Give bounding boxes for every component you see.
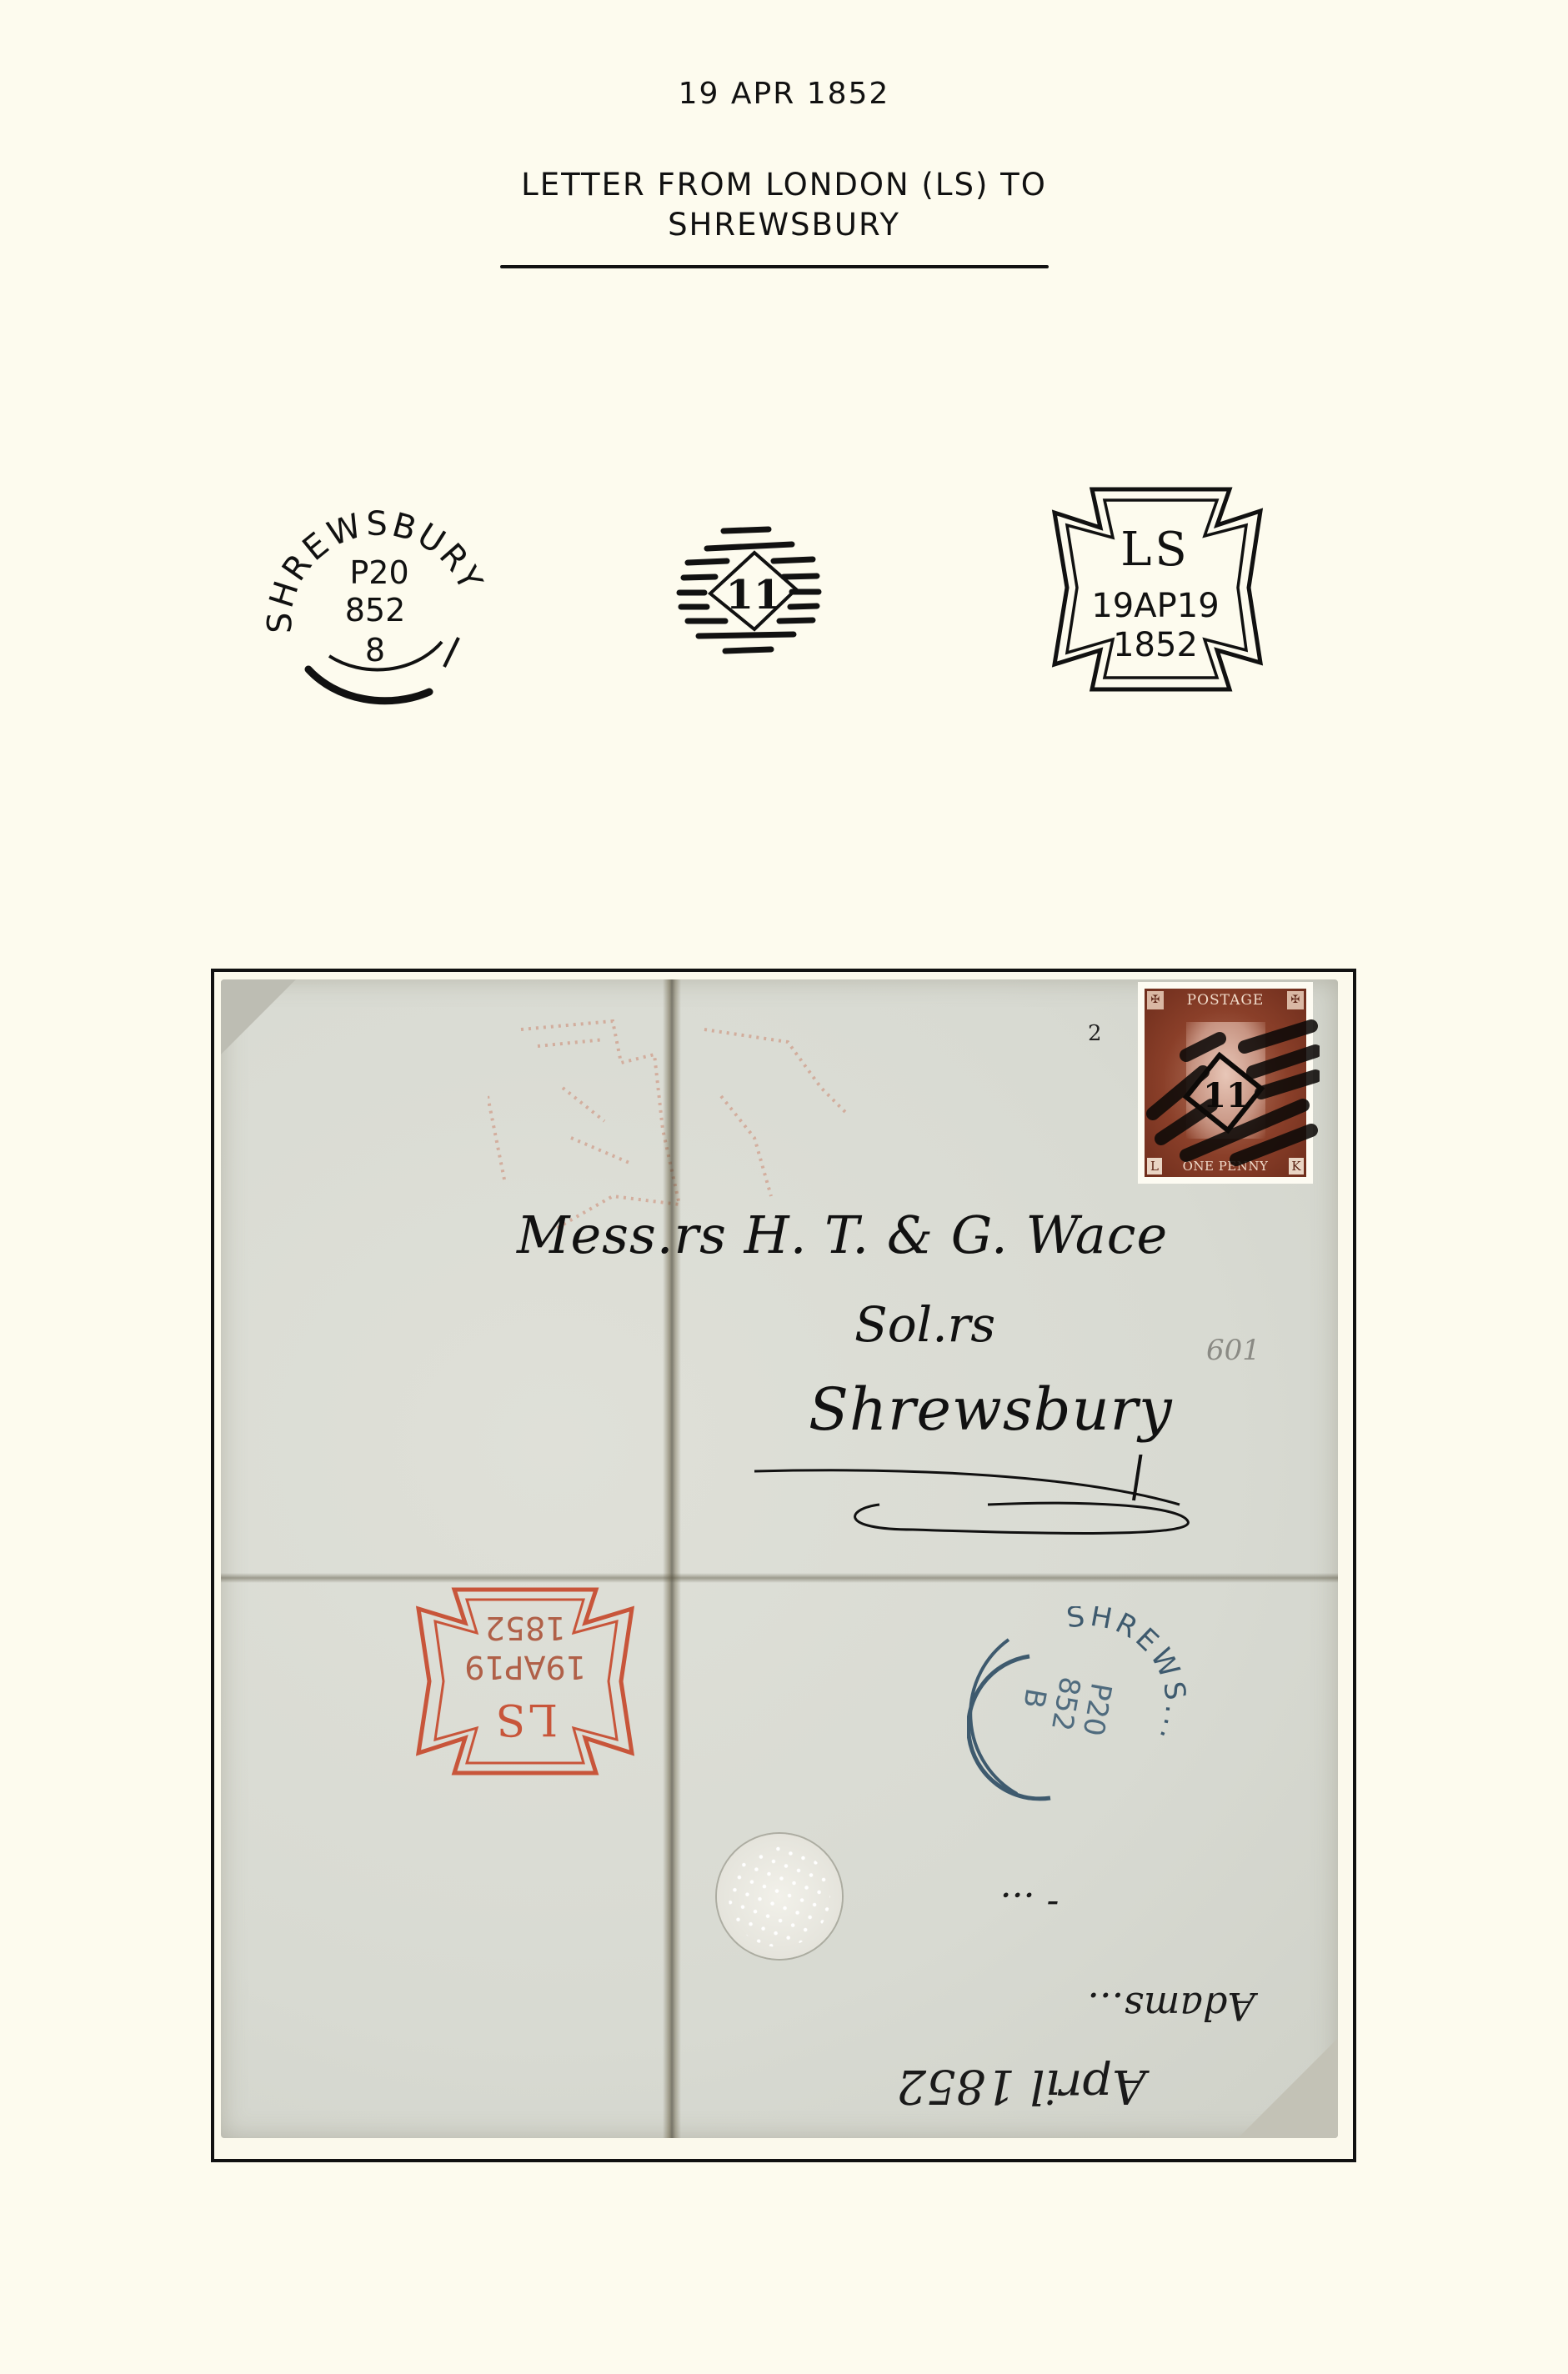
- entire-letter-cover: ✠ ✠ POSTAGE ONE PENNY L K 11: [221, 979, 1338, 2138]
- seal-embossed-pattern: [714, 1831, 844, 1961]
- cds-year-text: 852: [345, 592, 406, 629]
- svg-text:11: 11: [1203, 1076, 1250, 1115]
- svg-text:19AP19: 19AP19: [464, 1649, 586, 1685]
- cds-date-text: P20: [349, 554, 408, 591]
- cover-folded-corner: [1238, 2038, 1338, 2138]
- cds-code-text: 8: [365, 632, 385, 669]
- svg-text:B: B: [1016, 1685, 1052, 1710]
- address-line-town: Shrewsbury: [809, 1375, 1173, 1444]
- numeral-11-cancel: 11: [1136, 1005, 1320, 1172]
- stamp-design: ✠ ✠ POSTAGE ONE PENNY L K 11: [1145, 989, 1306, 1177]
- exhibit-date: 19 APR 1852: [0, 77, 1568, 111]
- cross-office-text: LS: [1120, 523, 1190, 577]
- docket-date: April 1852: [846, 2059, 1196, 2113]
- shrewsbury-cds-illustration: SHREWSBURY P20 852 8: [254, 479, 504, 704]
- numeral-11-obliterator-illustration: 11: [659, 513, 834, 663]
- svg-text:1852: 1852: [485, 1610, 566, 1646]
- maltese-cross-ls-illustration: LS 19AP19 1852: [1042, 479, 1269, 698]
- red-maltese-cross-backstamp: LS 19AP19 1852: [408, 1584, 642, 1780]
- cross-date-text: 19AP19: [1091, 587, 1219, 625]
- numeral-text: 11: [726, 572, 782, 619]
- docket-line-1: - ...: [904, 1884, 1155, 1926]
- title-underline: [500, 265, 1049, 268]
- penny-red-stamp: ✠ ✠ POSTAGE ONE PENNY L K 11: [1138, 982, 1313, 1184]
- horizontal-fold-line: [221, 1573, 1338, 1583]
- blue-shrewsbury-cds-backstamp: SHREWS... P20 852 B: [967, 1606, 1192, 1806]
- exhibit-title: LETTER FROM LONDON (LS) TO SHREWSBURY: [0, 165, 1568, 245]
- title-line-2: SHREWSBURY: [0, 205, 1568, 245]
- address-line-title: Sol.rs: [854, 1296, 995, 1353]
- address-line-addressee: Mess.rs H. T. & G. Wace: [517, 1205, 1168, 1265]
- pencil-note: 601: [1206, 1334, 1260, 1367]
- docket-line-2: Adams...: [1034, 1984, 1309, 2029]
- pencil-mark: 2: [1088, 1021, 1102, 1046]
- title-line-1: LETTER FROM LONDON (LS) TO: [0, 165, 1568, 205]
- wafer-seal: [717, 1834, 842, 1959]
- vertical-fold-line: [663, 979, 681, 2138]
- svg-text:LS: LS: [493, 1694, 558, 1744]
- cover-folded-corner: [221, 979, 296, 1054]
- cross-year-text: 1852: [1113, 626, 1198, 664]
- address-underline-flourish: [746, 1455, 1213, 1546]
